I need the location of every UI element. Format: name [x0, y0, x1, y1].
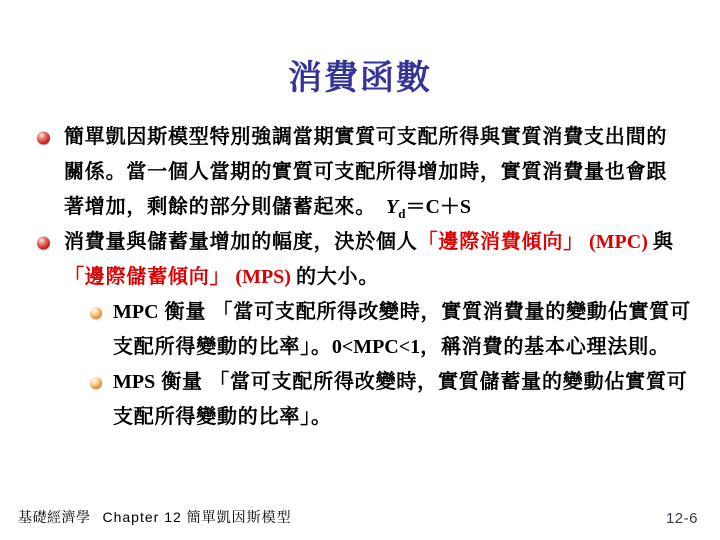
sub-bullet-2-line-2: 支配所得變動的比率」。 [0, 400, 720, 435]
bullet-text: 著增加，剩餘的部分則儲蓄起來。 [64, 196, 376, 218]
bullet-text: 關係。當一個人當期的實質可支配所得增加時，實質消費量也會跟 [64, 161, 667, 183]
sub-bullet-1-line-1: MPC衡量 「當可支配所得改變時，實質消費量的變動佔實質可 [0, 295, 720, 330]
orange-sphere-bullet-icon [90, 307, 102, 319]
mpc-inequality: 0<MPC<1 [332, 336, 420, 358]
mpc-abbreviation: (MPC) [589, 231, 648, 253]
bullet-1-line-2: 關係。當一個人當期的實質可支配所得增加時，實質消費量也會跟 [0, 155, 720, 190]
footer-course-title: 基礎經濟學Chapter 12 簡單凱因斯模型 [18, 507, 292, 527]
footer-page-number: 12-6 [666, 510, 698, 527]
formula-rest: ＝C＋S [405, 196, 471, 218]
red-sphere-bullet-icon [37, 236, 50, 249]
mps-abbreviation: (MPS) [235, 266, 291, 288]
slide-body: 簡單凱因斯模型特別強調當期實質可支配所得與實質消費支出間的 關係。當一個人當期的… [0, 120, 720, 435]
bullet-text: 支配所得變動的比率」。 [113, 406, 332, 428]
footer-book-name: 基礎經濟學 [18, 509, 91, 525]
sub-bullet-1-line-2: 支配所得變動的比率」。0<MPC<1，稱消費的基本心理法則。 [0, 330, 720, 365]
bullet-text: 簡單凱因斯模型特別強調當期實質可支配所得與實質消費支出間的 [64, 126, 667, 148]
mps-label: MPS [113, 371, 155, 393]
bullet-2-line-1: 消費量與儲蓄量增加的幅度，決於個人「邊際消費傾向」(MPC)與 [0, 225, 720, 260]
bullet-text: 與 [653, 231, 674, 253]
formula-variable: Y [386, 196, 398, 218]
bullet-text: ，稱消費的基本心理法則。 [420, 336, 670, 358]
mpc-label: MPC [113, 301, 159, 323]
bullet-text: 支配所得變動的比率」。 [113, 336, 332, 358]
footer-chapter-name: Chapter 12 簡單凱因斯模型 [103, 509, 292, 525]
income-identity-formula: Yd＝C＋S [386, 196, 471, 218]
orange-sphere-bullet-icon [90, 377, 102, 389]
bullet-text: 消費量與儲蓄量增加的幅度，決於個人 [64, 231, 418, 253]
slide: 消費函數 簡單凱因斯模型特別強調當期實質可支配所得與實質消費支出間的 關係。當一… [0, 0, 720, 540]
bullet-2-line-2: 「邊際儲蓄傾向」(MPS)的大小。 [0, 260, 720, 295]
mps-term-highlight: 「邊際儲蓄傾向」 [64, 266, 230, 288]
red-sphere-bullet-icon [37, 131, 50, 144]
bullet-text: 衡量 「當可支配所得改變時，實質儲蓄量的變動佔實質可 [161, 371, 687, 393]
mpc-term-highlight: 「邊際消費傾向」 [418, 231, 584, 253]
slide-title: 消費函數 [0, 50, 720, 99]
bullet-text: 衡量 「當可支配所得改變時，實質消費量的變動佔實質可 [165, 301, 691, 323]
sub-bullet-2-line-1: MPS衡量 「當可支配所得改變時，實質儲蓄量的變動佔實質可 [0, 365, 720, 400]
bullet-1-line-3: 著增加，剩餘的部分則儲蓄起來。Yd＝C＋S [0, 190, 720, 225]
bullet-1-line-1: 簡單凱因斯模型特別強調當期實質可支配所得與實質消費支出間的 [0, 120, 720, 155]
bullet-text: 的大小。 [296, 266, 379, 288]
